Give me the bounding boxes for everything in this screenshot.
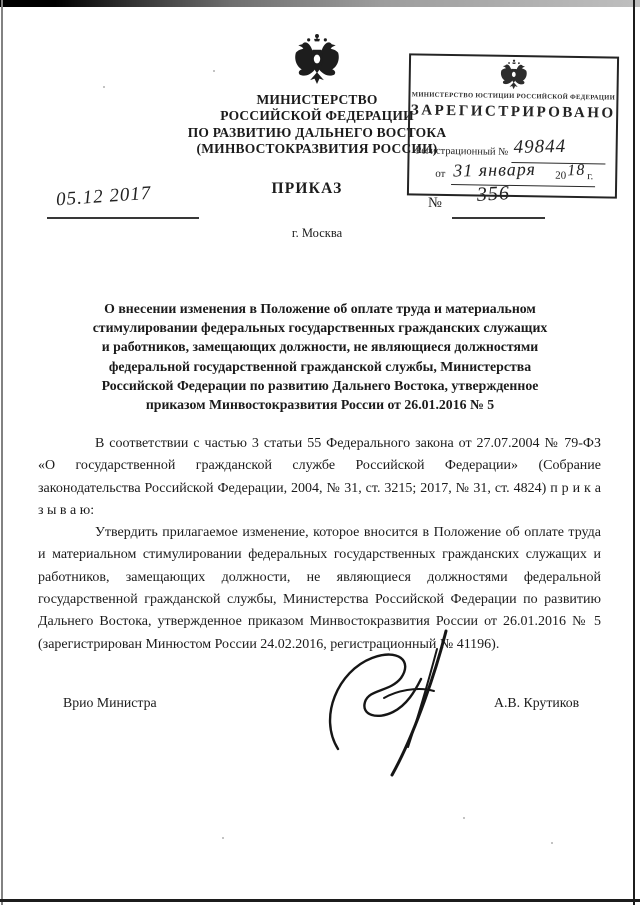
stamp-year-suffix: г. [587, 170, 593, 182]
order-title-line: приказом Минвостокразвития России от 26.… [35, 395, 605, 414]
stamp-registered-text: ЗАРЕГИСТРИРОВАНО [410, 102, 616, 122]
stamp-date-underline [451, 184, 595, 187]
stamp-ministry-name: МИНИСТЕРСТВО ЮСТИЦИИ РОССИЙСКОЙ ФЕДЕРАЦИ… [410, 91, 616, 101]
scan-noise-speck [213, 70, 215, 72]
stamp-reg-number-label: Регистрационный № [416, 145, 509, 157]
scan-noise-speck [551, 842, 553, 844]
date-underline [47, 217, 199, 219]
number-underline [452, 217, 545, 219]
number-label: № [428, 195, 442, 212]
scan-edge-top [0, 0, 640, 7]
stamp-coat-of-arms-icon [498, 59, 530, 91]
order-title: О внесении изменения в Положение об опла… [35, 299, 605, 414]
stamp-year-prefix: 20 [555, 170, 566, 182]
stamp-handwritten-reg-number: 49844 [513, 136, 566, 159]
signatory-position: Врио Министра [63, 695, 157, 711]
order-title-line: федеральной государственной гражданской … [35, 357, 605, 376]
scan-noise-speck [103, 86, 105, 88]
order-title-line: стимулировании федеральных государственн… [35, 318, 605, 337]
stamp-handwritten-date: 31 января [453, 159, 536, 182]
scan-noise-speck [222, 837, 224, 839]
issue-city: г. Москва [0, 226, 634, 241]
stamp-date-label: от [435, 168, 445, 180]
order-title-line: и работников, замещающих должности, не я… [35, 337, 605, 356]
order-title-line: О внесении изменения в Положение об опла… [35, 299, 605, 318]
order-body: В соответствии с частью 3 статьи 55 Феде… [38, 433, 601, 656]
scanned-order-document: МИНИСТЕРСТВО РОССИЙСКОЙ ФЕДЕРАЦИИ ПО РАЗ… [0, 0, 640, 905]
stamp-handwritten-year: 18 [567, 162, 586, 181]
signature-ink-icon [320, 627, 472, 779]
coat-of-arms-icon [291, 33, 343, 87]
signatory-name: А.В. Крутиков [494, 695, 579, 711]
order-title-line: Российской Федерации по развитию Дальнег… [35, 376, 605, 395]
body-paragraph: В соответствии с частью 3 статьи 55 Феде… [38, 433, 601, 522]
scan-edge-bottom [0, 899, 640, 902]
justice-registration-stamp: МИНИСТЕРСТВО ЮСТИЦИИ РОССИЙСКОЙ ФЕДЕРАЦИ… [407, 53, 619, 198]
scan-noise-speck [463, 817, 465, 819]
